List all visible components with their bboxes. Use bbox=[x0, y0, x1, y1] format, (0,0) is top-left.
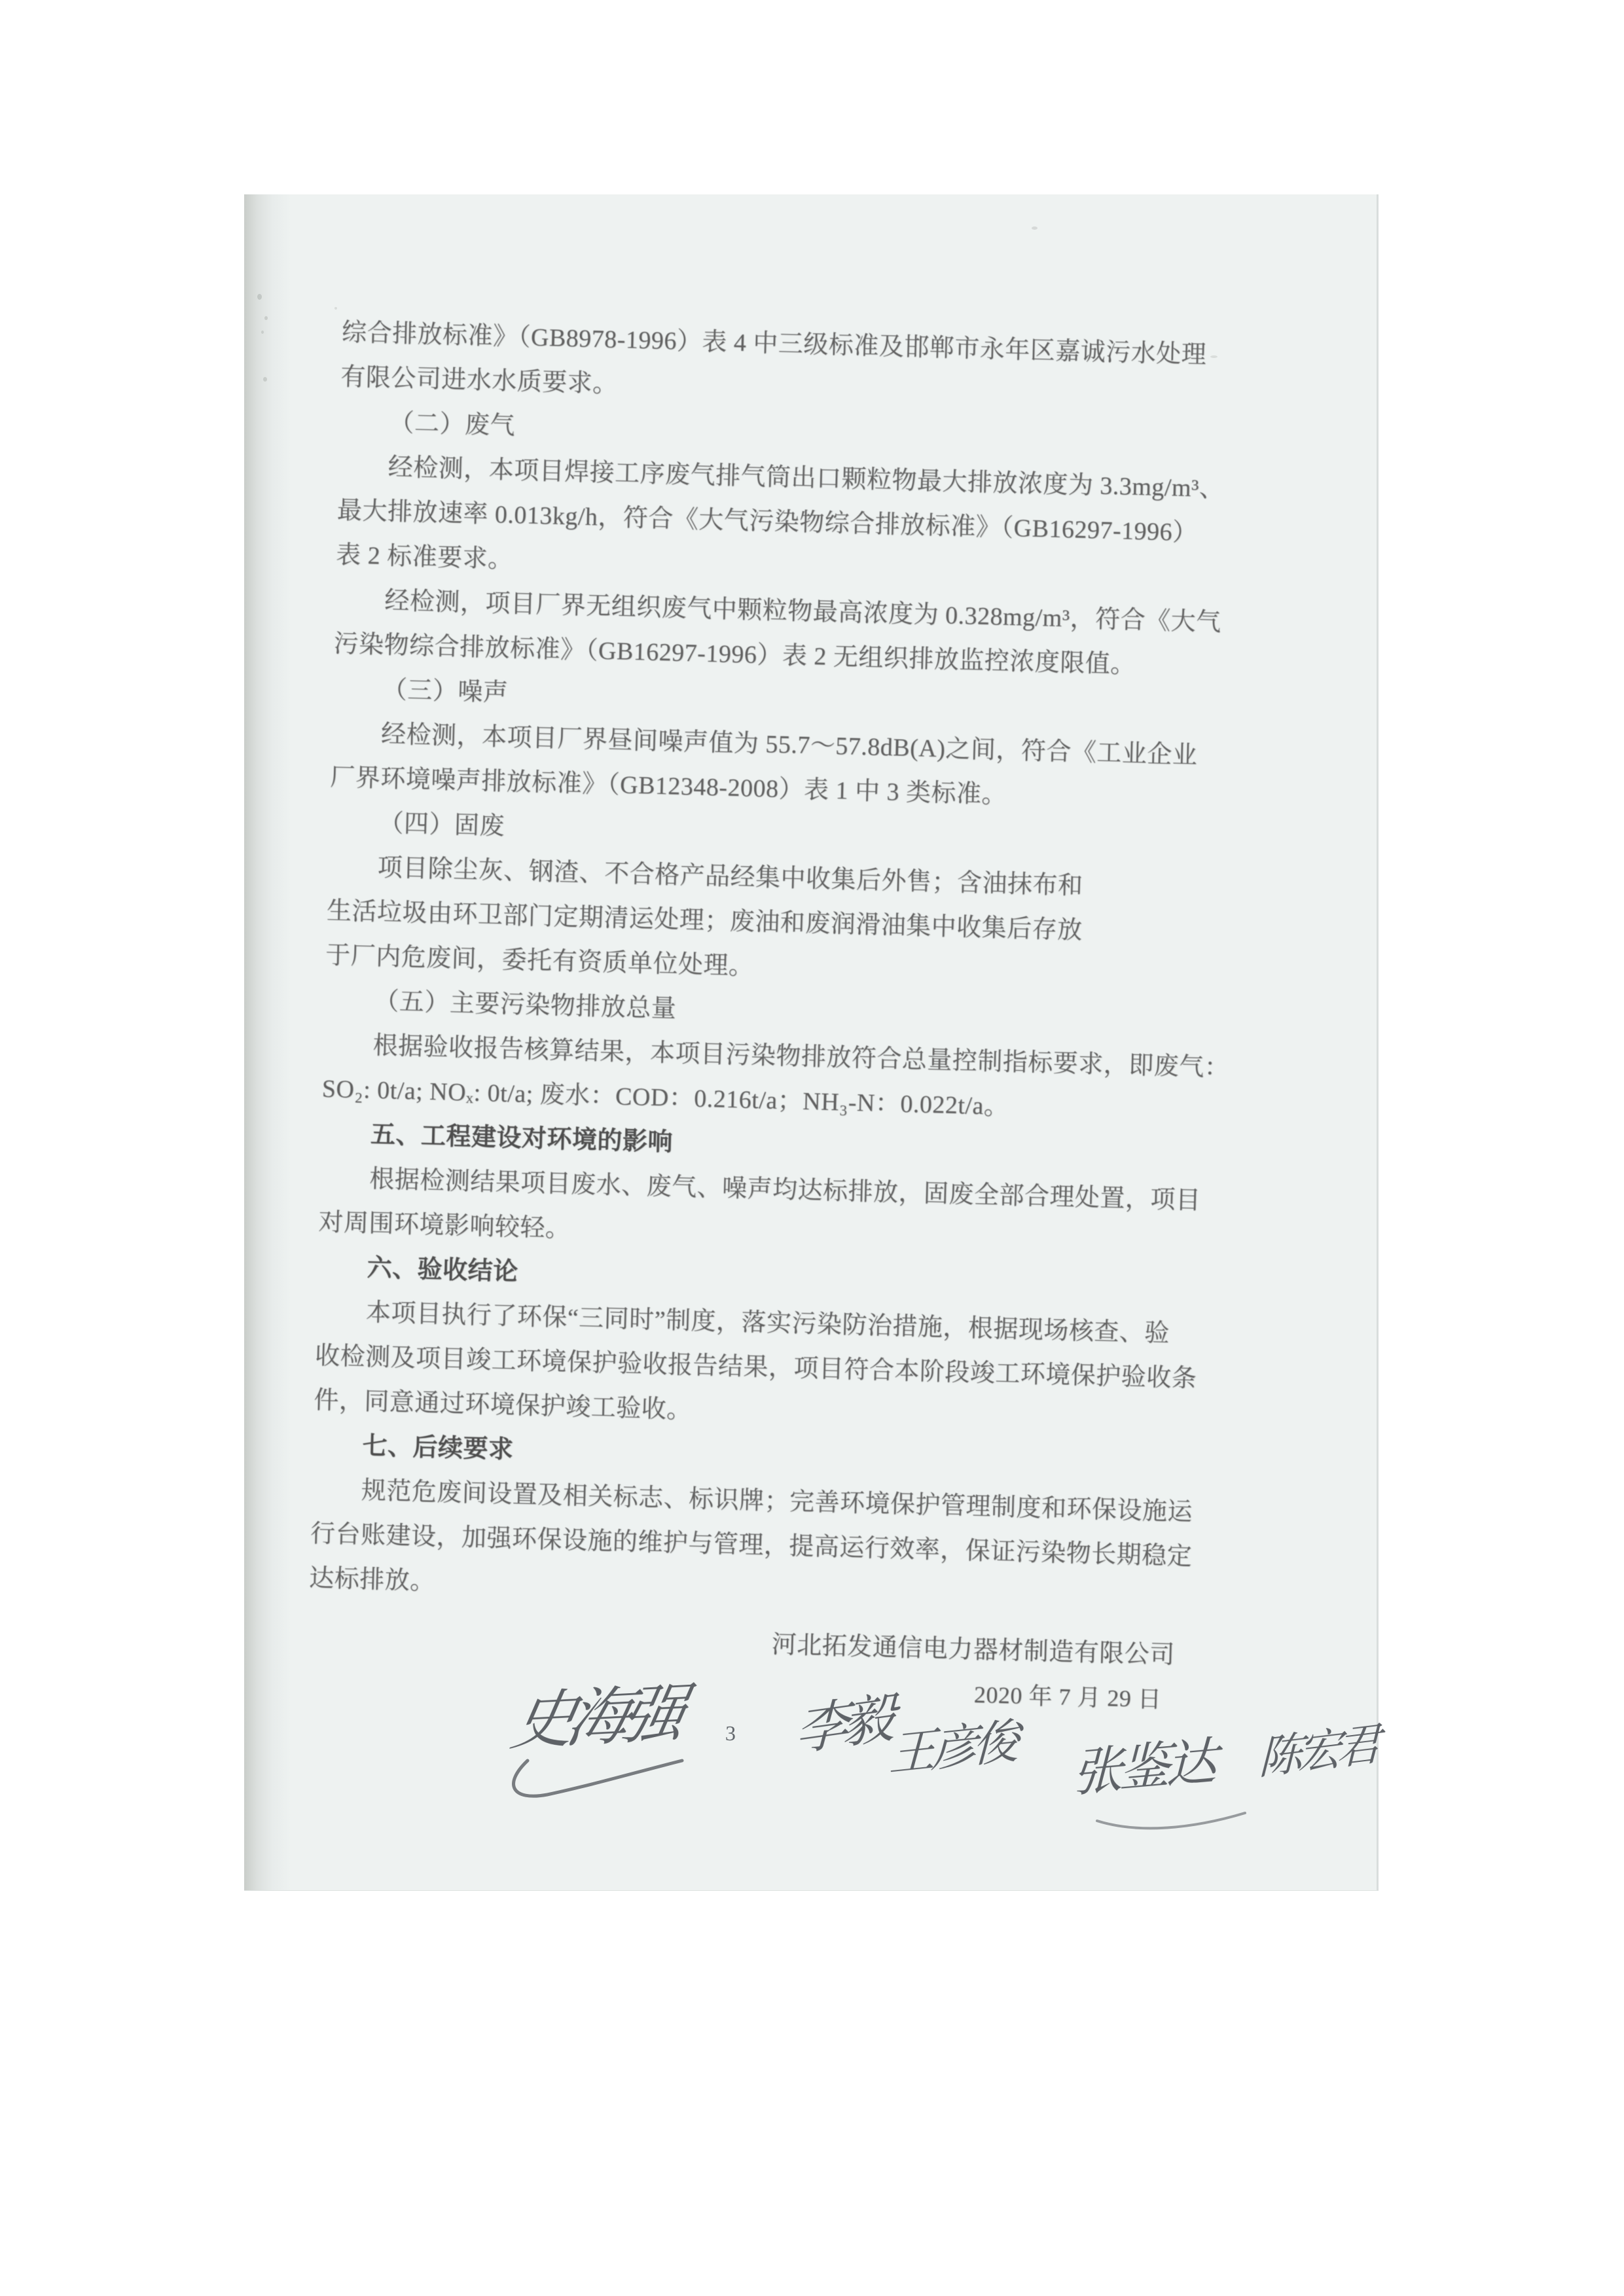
signature-2: 李毅 bbox=[795, 1675, 891, 1766]
page-edge-shadow bbox=[244, 194, 291, 1890]
company-signature-line: 河北拓发通信电力器材制造有限公司 bbox=[771, 1623, 1176, 1677]
signature-3: 王彦俊 bbox=[888, 1702, 1016, 1784]
scan-speck bbox=[334, 307, 337, 310]
signature-1: 史海强 bbox=[505, 1663, 688, 1763]
scan-speck bbox=[261, 331, 264, 334]
page-number: 3 bbox=[725, 1721, 736, 1746]
scan-speck bbox=[1032, 226, 1038, 230]
document-text: 综合排放标准》（GB8978-1996）表 4 中三级标准及邯郸市永年区嘉诚污水… bbox=[304, 310, 1258, 1806]
scan-speck bbox=[1210, 355, 1218, 358]
scanned-document: { "document": { "page_number": "3", "lin… bbox=[0, 0, 1624, 2296]
scan-speck bbox=[263, 377, 267, 382]
scan-speck bbox=[264, 316, 268, 320]
signature-4: 张鉴达 bbox=[1072, 1720, 1214, 1806]
scan-speck bbox=[257, 294, 262, 300]
